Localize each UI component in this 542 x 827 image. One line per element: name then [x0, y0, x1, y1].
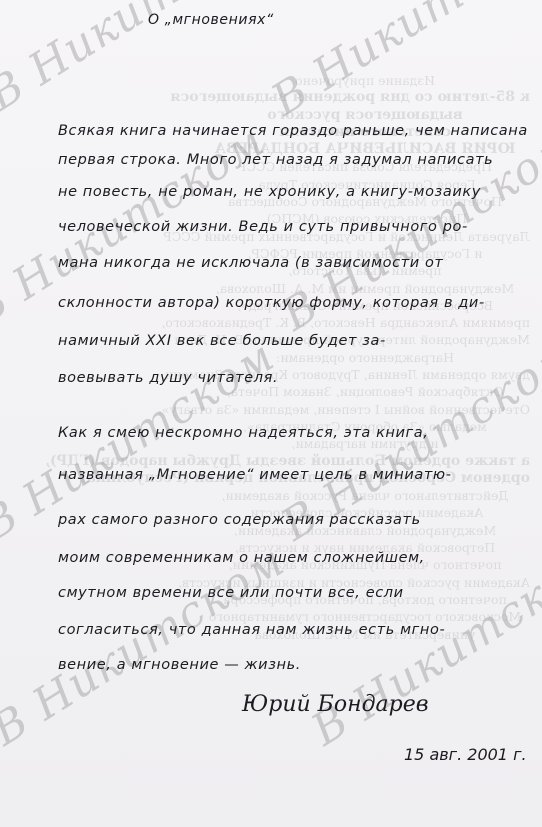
text-line: первая строка. Много лет назад я задумал…: [58, 152, 493, 168]
bleed-line: к 85-летию со дня рождения выдающегося: [200, 89, 530, 106]
text-line: Всякая книга начинается гораздо раньше, …: [58, 123, 528, 139]
text-line: Как я смею нескромно надеяться, эта книг…: [58, 425, 428, 441]
signature: Юрий Бондарев: [242, 692, 429, 717]
text-line: не повесть, не роман, не хронику, а книг…: [58, 184, 481, 200]
text-line: вение, а мгновение — жизнь.: [58, 657, 301, 673]
watermark: В Никитском: [0, 536, 293, 756]
document-title: О „мгновениях“: [148, 12, 274, 28]
text-line: воевывать душу читателя.: [58, 370, 278, 386]
text-line: моим современникам о нашем сложнейшем,: [58, 550, 425, 566]
scanned-page: Издание приурочено к 85-летию со дня рож…: [0, 0, 542, 827]
text-line: склонности автора) короткую форму, котор…: [58, 295, 485, 311]
text-line: смутном времени все или почти все, если: [58, 585, 404, 601]
bleed-line: премиями Александра Невского, В. К. Тред…: [200, 314, 530, 331]
text-line: мана никогда не исключала (в зависимости…: [58, 255, 443, 271]
text-line: названная „Мгновение“ имеет цель в миниа…: [58, 467, 452, 483]
signature-date: 15 авг. 2001 г.: [404, 745, 527, 764]
text-line: рах самого разного содержания рассказать: [58, 512, 421, 528]
text-line: человеческой жизни. Ведь и суть привычно…: [58, 219, 468, 235]
text-line: намичный XXI век все больше будет за-: [58, 333, 386, 349]
text-line: согласиться, что данная нам жизнь есть м…: [58, 622, 445, 638]
